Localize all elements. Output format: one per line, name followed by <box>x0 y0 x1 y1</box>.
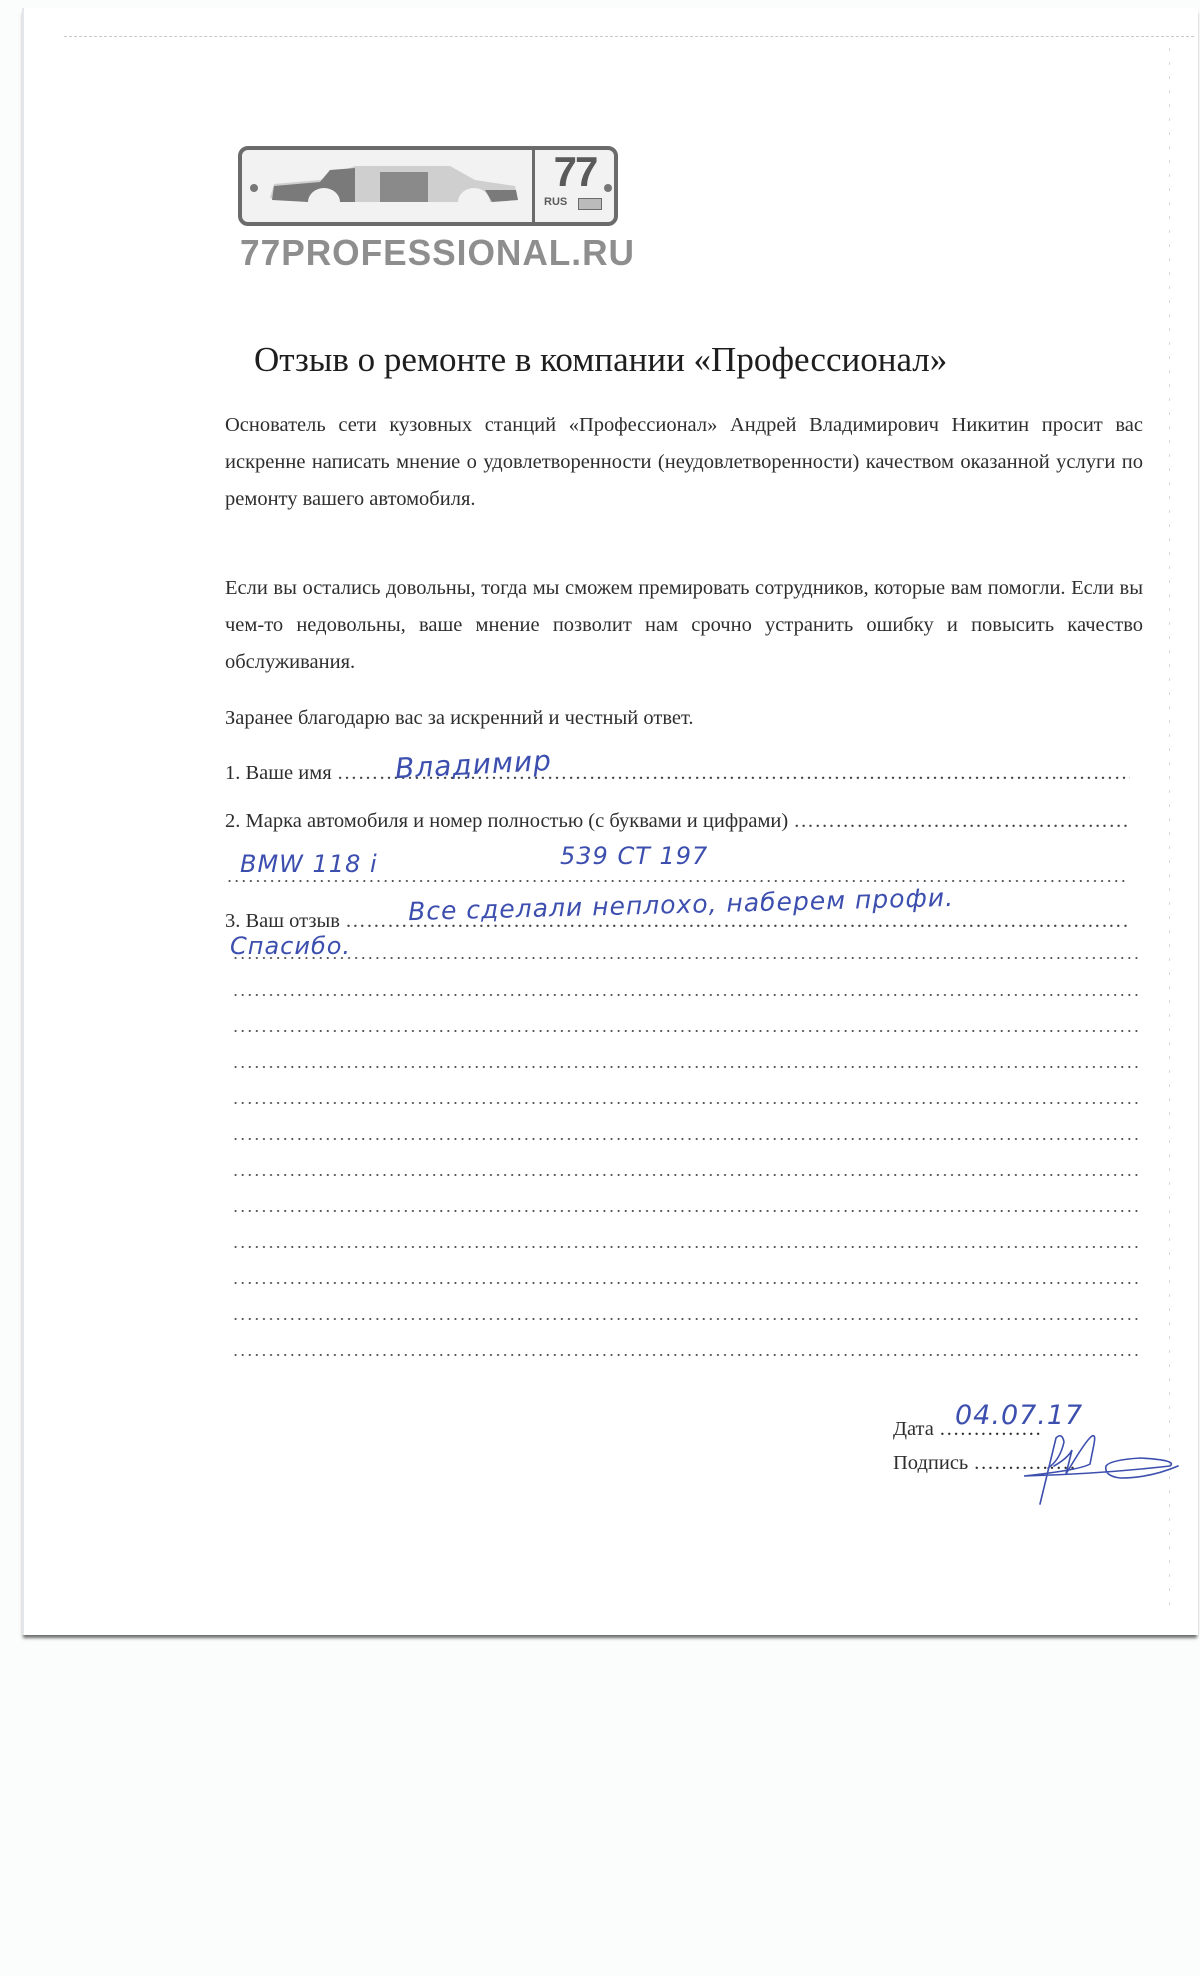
dotted-answer-line <box>232 1318 1142 1320</box>
handwritten-date[interactable]: 04.07.17 <box>955 1400 1083 1431</box>
car-silhouette-icon <box>260 160 525 215</box>
plate-bolt-icon <box>250 184 258 192</box>
dotted-answer-line <box>232 994 1142 996</box>
question-car-label: 2. Марка автомобиля и номер полностью (с… <box>225 810 788 832</box>
scan-artifact-line <box>64 36 1194 37</box>
question-name-row: 1. Ваше имя …………………………………………………………………………… <box>225 762 1130 792</box>
handwritten-car-model[interactable]: BMW 118 i <box>240 850 378 878</box>
intro-paragraph: Основатель сети кузовных станций «Профес… <box>225 407 1143 518</box>
question-review-label: 3. Ваш отзыв <box>225 910 340 932</box>
plate-region-number: 77 <box>540 148 610 196</box>
date-label: Дата <box>893 1418 934 1440</box>
dotted-answer-line <box>232 1030 1142 1032</box>
handwritten-plate-number[interactable]: 539 СТ 197 <box>560 842 708 870</box>
handwritten-review-line-2[interactable]: Спасибо. <box>230 932 351 960</box>
question-name-label: 1. Ваше имя <box>225 762 332 784</box>
dotted-answer-line <box>232 1354 1142 1356</box>
document-title: Отзыв о ремонте в компании «Профессионал… <box>254 340 947 380</box>
plate-region-code: RUS <box>544 196 567 208</box>
dotted-answer-line <box>232 1102 1142 1104</box>
license-plate-graphic: 77 RUS <box>238 146 618 226</box>
company-logo: 77 RUS 77PROFESSIONAL.RU <box>218 138 618 278</box>
dotted-answer-line <box>232 957 1142 959</box>
dotted-answer-line <box>232 1282 1142 1284</box>
dotted-answer-line <box>232 1138 1142 1140</box>
dotted-answer-line <box>232 1246 1142 1248</box>
scan-artifact-edge <box>1169 48 1170 1608</box>
dotted-fill-line: …………………………………………………………………………………………………………… <box>793 810 1130 832</box>
flag-icon <box>578 198 602 210</box>
logo-website-text: 77PROFESSIONAL.RU <box>240 232 635 274</box>
dotted-answer-line <box>232 1210 1142 1212</box>
signature-label: Подпись <box>893 1452 968 1474</box>
plate-bolt-icon <box>604 184 612 192</box>
thanks-paragraph: Заранее благодарю вас за искренний и чес… <box>225 700 1143 737</box>
plate-divider <box>532 150 535 222</box>
handwritten-signature-icon[interactable] <box>1020 1430 1180 1510</box>
dotted-answer-line <box>226 880 1126 882</box>
motivation-paragraph: Если вы остались довольны, тогда мы смож… <box>225 570 1143 681</box>
dotted-answer-line <box>232 1174 1142 1176</box>
dotted-answer-line <box>232 1066 1142 1068</box>
question-car-row: 2. Марка автомобиля и номер полностью (с… <box>225 810 1130 840</box>
